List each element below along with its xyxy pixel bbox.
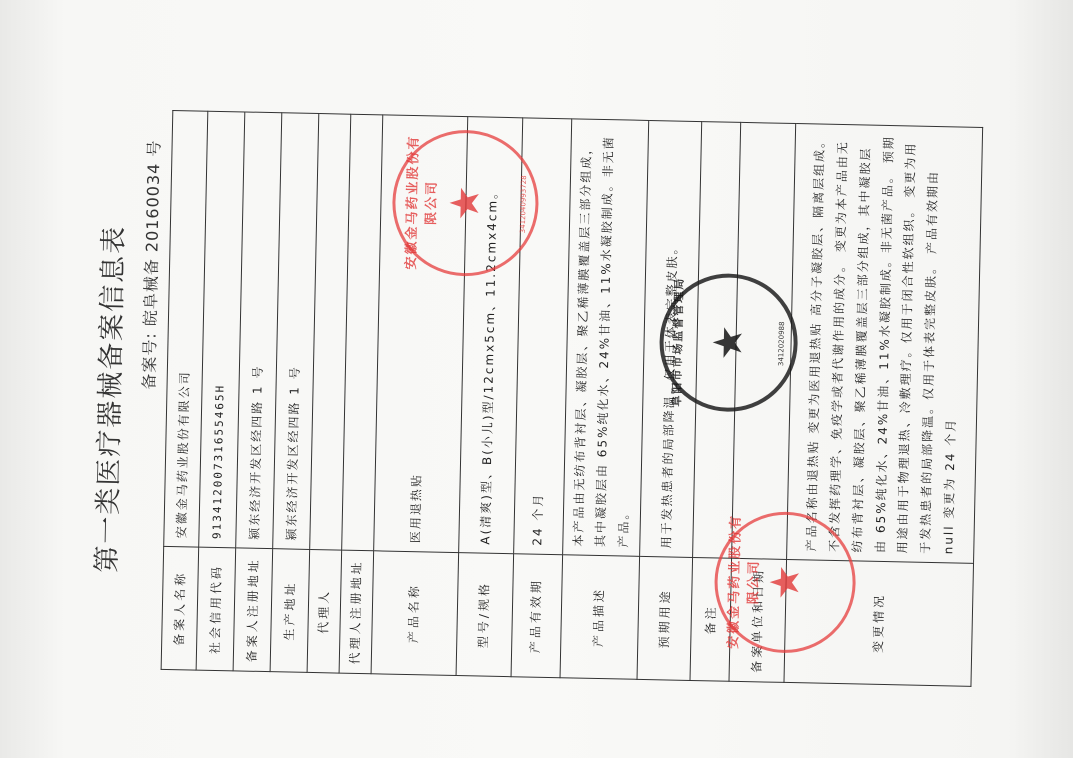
- field-label: 变更情况: [784, 559, 974, 686]
- field-value: [732, 122, 796, 559]
- document-title: 第一类医疗器械备案信息表: [82, 98, 134, 699]
- field-label: 备案人注册地址: [233, 548, 273, 672]
- field-label: 产品有效期: [511, 554, 563, 678]
- field-label: 备案单位和日期: [729, 558, 787, 682]
- field-label: 代理人注册地址: [339, 550, 373, 674]
- record-number: 备案号: 皖阜械备 20160034 号: [136, 139, 164, 390]
- field-label: 预期用途: [637, 556, 693, 680]
- table-row: 产品描述 本产品由无纺布背衬层、凝胶层、聚乙稀薄膜覆盖层三部分组成，其中凝胶层由…: [560, 119, 649, 679]
- field-label: 产品名称: [371, 551, 459, 676]
- field-value: 医用退热贴: [373, 115, 467, 553]
- field-label: 社会信用代码: [196, 547, 236, 671]
- field-value: 用于发热患者的局部降温。仅用于体表完整皮肤。: [640, 120, 702, 557]
- record-number-label: 备案号:: [139, 332, 159, 390]
- field-label: 代理人: [307, 549, 341, 673]
- field-label: 生产地址: [270, 549, 310, 673]
- field-value: A(清爽)型、B(小儿)型/12cmx5cm、11.2cmx4cm。: [458, 117, 522, 554]
- record-number-value: 皖阜械备 20160034 号: [141, 139, 164, 326]
- field-label: 备案人名称: [161, 546, 199, 670]
- table-row: 变更情况 产品名称由退热贴 变更为医用退热贴 高分子凝胶层、隔离层组成。不含发挥…: [784, 124, 983, 687]
- document-page: 第一类医疗器械备案信息表 备案号: 皖阜械备 20160034 号 备案人名称 …: [72, 98, 964, 716]
- field-value: 本产品由无纺布背衬层、凝胶层、聚乙稀薄膜覆盖层三部分组成，其中凝胶层由 65%纯…: [562, 119, 649, 557]
- field-label: 型号/规格: [456, 553, 514, 677]
- table-row: 产品名称 医用退热贴: [371, 115, 468, 676]
- field-value: 产品名称由退热贴 变更为医用退热贴 高分子凝胶层、隔离层组成。不含发挥药理学、免…: [787, 124, 983, 564]
- registration-table: 备案人名称 安徽金马药业股份有限公司 社会信用代码 91341200731655…: [161, 110, 984, 687]
- field-label: 产品描述: [560, 555, 640, 680]
- field-label: 备注: [690, 557, 732, 681]
